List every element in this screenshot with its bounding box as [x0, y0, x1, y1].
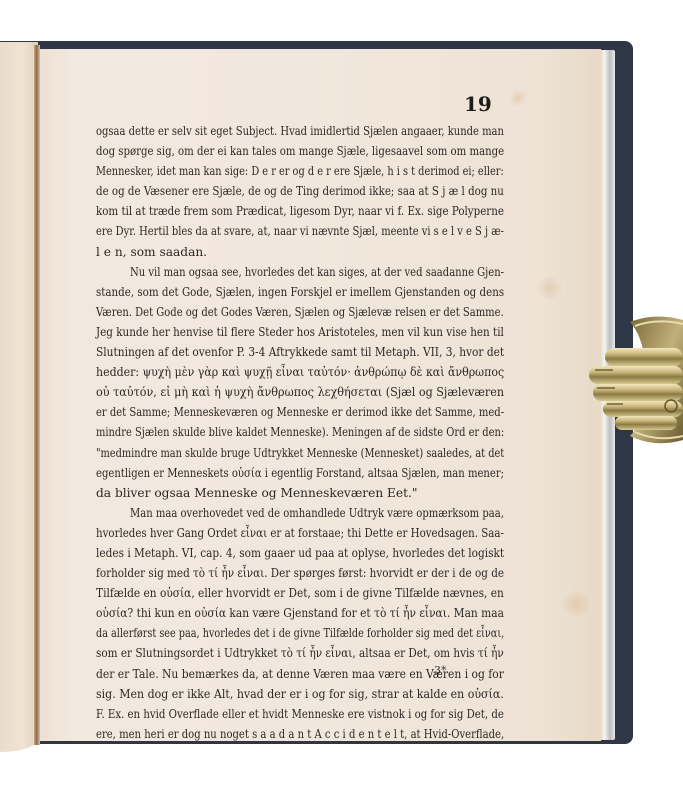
text-line: Tilfælde en οὐσία, eller hvorvidt er Det… [96, 583, 504, 603]
text-line: Jeg kunde her henvise til flere Steder h… [96, 322, 504, 342]
text-line: Man maa overhovedet ved de omhandlede Ud… [96, 503, 504, 523]
text-line: kom til at træde frem som Prædicat, lige… [96, 201, 504, 221]
text-line: Mennesker, idet man kan sige: D e r er o… [96, 161, 504, 181]
text-line: l e n, som saadan. [96, 242, 504, 262]
text-line: οὐ ταὐτόν, εἰ μὴ καὶ ἡ ψυχὴ ἄνθρωπος λεχ… [96, 382, 504, 402]
text-line: forholder sig med τὸ τί ἦν εἶναι. Der sp… [96, 563, 504, 583]
text-line: da bliver ogsaa Menneske og Menneskevære… [96, 483, 504, 503]
signature-mark: 3* [434, 664, 447, 677]
text-line: da allerførst see paa, hvorledes det i d… [96, 623, 504, 643]
page-number: 19 [464, 92, 492, 116]
book-photo: 19 ogsaa dette er selv sit eget Subject.… [0, 0, 683, 790]
text-line: ere Dyr. Hertil bles da at svare, at, na… [96, 221, 504, 241]
text-line: hedder: ψυχὴ μὲν γὰρ καὶ ψυχῇ εἶναι ταὐτ… [96, 362, 504, 382]
text-line: Nu vil man ogsaa see, hvorledes det kan … [96, 262, 504, 282]
text-line: Væren. Det Gode og det Godes Væren, Sjæl… [96, 302, 504, 322]
text-line: ogsaa dette er selv sit eget Subject. Hv… [96, 121, 504, 141]
text-line: dog spørge sig, om der ei kan tales om m… [96, 141, 504, 161]
text-line: stande, som det Gode, Sjælen, ingen Fors… [96, 282, 504, 302]
text-line: ledes i Metaph. VI, cap. 4, som gaaer ud… [96, 543, 504, 563]
brass-hand-clip-icon [585, 312, 683, 448]
text-line: οὐσία? thi kun en οὐσία kan være Gjensta… [96, 603, 504, 623]
text-line: mindre Sjælen skulde blive kaldet Mennes… [96, 422, 504, 442]
book-gutter [34, 45, 40, 745]
page-text: ogsaa dette er selv sit eget Subject. Hv… [96, 121, 504, 744]
foxing-spot [561, 589, 591, 619]
left-facing-page [0, 42, 38, 752]
text-line: de og de Væsener ere Sjæle, de og de Tin… [96, 181, 504, 201]
text-line: er det Samme; Menneskeværen og Menneske … [96, 402, 504, 422]
text-line: egentligen er Menneskets οὐσία i egentli… [96, 463, 504, 483]
text-line: F. Ex. en hvid Overflade eller et hvidt … [96, 704, 504, 724]
text-line: som er Slutningsordet i Udtrykket τὸ τί … [96, 643, 504, 663]
text-line: hvorledes hver Gang Ordet εἶναι er at fo… [96, 523, 504, 543]
foxing-spot [509, 89, 527, 107]
foxing-spot [537, 275, 563, 301]
text-line: sig. Men dog er ikke Alt, hvad der er i … [96, 684, 504, 704]
text-line: ere, men heri er dog nu noget s a a d a … [96, 724, 504, 744]
text-line: Slutningen af det ovenfor P. 3-4 Aftrykk… [96, 342, 504, 362]
text-line: "medmindre man skulde bruge Udtrykket Me… [96, 443, 504, 463]
